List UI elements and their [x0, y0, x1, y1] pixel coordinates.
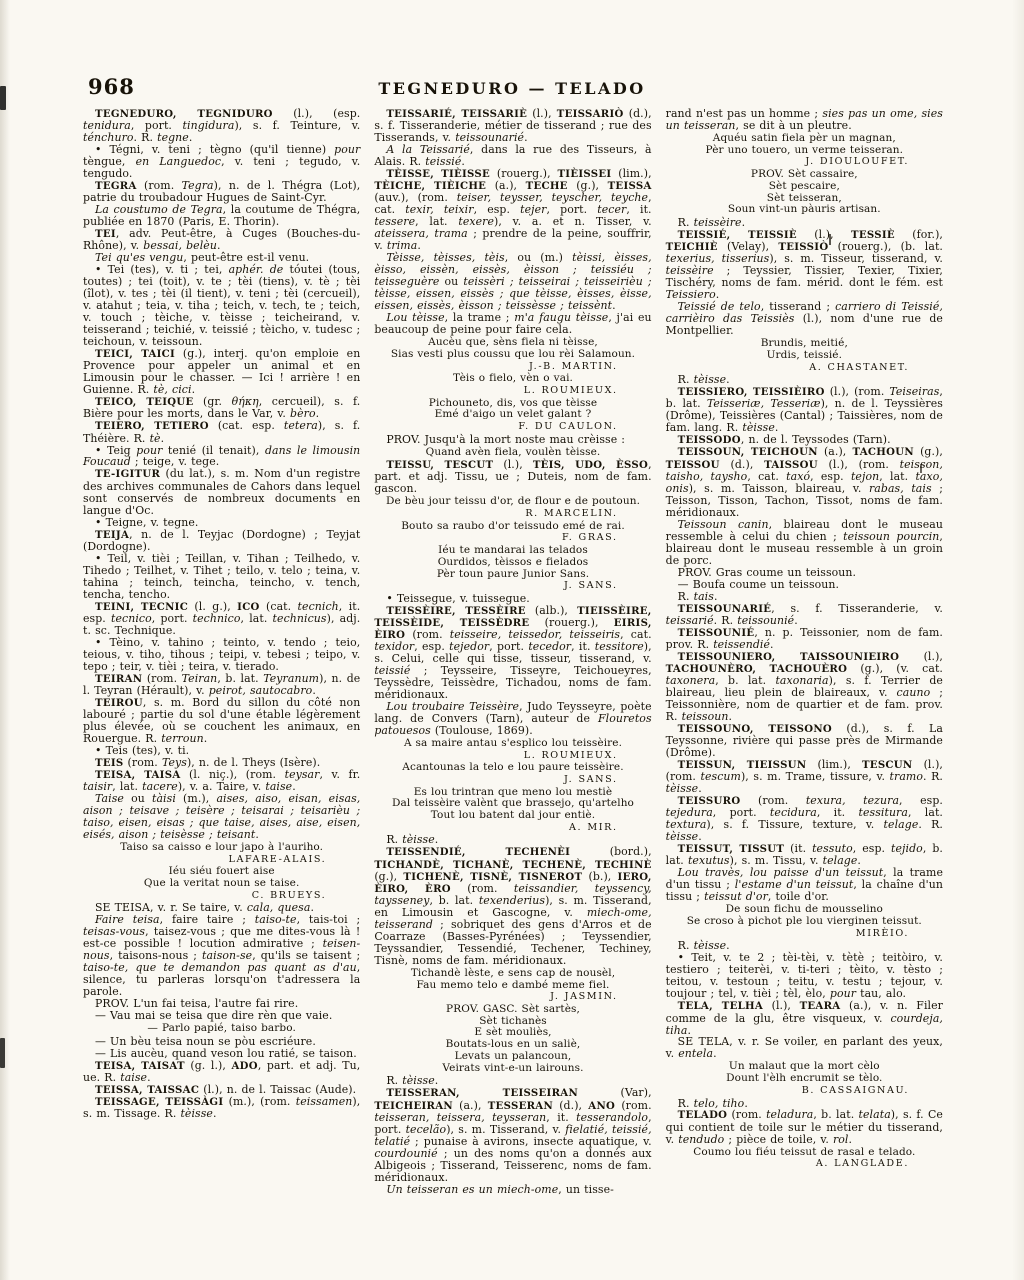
entry-paragraph: • Teigne, v. tegne. — [83, 517, 360, 529]
entry-paragraph: PROV. Jusqu'à la mort noste mau crèisse … — [374, 434, 651, 446]
verse-quote: Coumo lou fiéu teissut de rasal e telado… — [666, 1147, 943, 1159]
verse-quote: Tichandè lèste, e sens cap de nousèl,Fau… — [374, 968, 651, 992]
verse-quote: PROV. Sèt cassaire,Sèt pescaire,Sèt teis… — [666, 169, 943, 216]
entry-paragraph: Tèisse, tèisses, tèis, ou (m.) tèissi, è… — [374, 252, 651, 312]
attribution: F. GRAS. — [374, 533, 651, 544]
verse-line: De bèu jour teissu d'or, de flour e de p… — [374, 496, 651, 508]
verse-line: Tout lou batent dal jour entiè. — [374, 810, 651, 822]
column-3: rand n'est pas un homme ; sies pas un om… — [666, 108, 943, 1196]
entry-paragraph: TE-IGITUR (du lat.), s. m. Nom d'un regi… — [83, 468, 360, 516]
entry-paragraph: TEISA, TAISA (l. niç.), (rom. teysar, v.… — [83, 769, 360, 793]
verse-line: Veirats vint-e-un lairouns. — [374, 1063, 651, 1075]
entry-paragraph: TEINI, TECNIC (l. g.), ICO (cat. tecnich… — [83, 601, 360, 637]
entry-paragraph: TEGRA (rom. Tegra), n. de l. Thégra (Lot… — [83, 180, 360, 204]
entry-paragraph: A la Teissarié, dans la rue des Tisseurs… — [374, 144, 651, 168]
entry-paragraph: TEGNEDURO, TEGNIDURO (l.), (esp. tenidur… — [83, 108, 360, 144]
text-columns: TEGNEDURO, TEGNIDURO (l.), (esp. tenidur… — [83, 108, 943, 1196]
entry-paragraph: — Vau mai se teisa que dire rèn que vaie… — [83, 1010, 360, 1022]
entry-paragraph: Taise ou tàisi (m.), aises, aiso, eisan,… — [83, 793, 360, 841]
column-1: TEGNEDURO, TEGNIDURO (l.), (esp. tenidur… — [83, 108, 360, 1196]
verse-quote: Aquéu satin fiela pèr un magnan,Pèr uno … — [666, 133, 943, 157]
entry-paragraph: La coustumo de Tegra, la coutume de Thég… — [83, 204, 360, 228]
verse-quote: — Parlo papié, taiso barbo. — [83, 1023, 360, 1035]
verse-line: Urdis, teissié. — [666, 350, 943, 362]
verse-line: Ourdidos, tèissos e fielados — [374, 557, 651, 569]
verse-quote: Bouto sa raubo d'or teissudo emé de rai. — [374, 521, 651, 533]
verse-quote: Iéu te mandarai las teladosOurdidos, tèi… — [374, 545, 651, 580]
verse-quote: De soun fichu de mousselinoSe croso à pi… — [666, 904, 943, 928]
entry-paragraph: TEIROU, s. m. Bord du sillon du côté non… — [83, 697, 360, 745]
entry-paragraph: PROV. Gras coume un teissoun. — [666, 567, 943, 579]
column-2: TEISSARIÉ, TEISSARIÈ (l.), TEISSARIÒ (d.… — [374, 108, 651, 1196]
verse-line: Taiso sa caisso e lour japo à l'auriho. — [83, 842, 360, 854]
entry-paragraph: TEISSODO, n. de l. Teyssodes (Tarn). — [666, 434, 943, 446]
entry-paragraph: Un teisseran es un miech-ome, un tisse- — [374, 1184, 651, 1196]
entry-paragraph: Lou travès, lou paisse d'un teissut, la … — [666, 867, 943, 903]
entry-paragraph: TEISSARIÉ, TEISSARIÈ (l.), TEISSARIÒ (d.… — [374, 108, 651, 144]
entry-paragraph: • Tei (tes), v. ti ; tei, aphér. de tóut… — [83, 264, 360, 348]
verse-line: A sa maire antau s'esplico lou teissèire… — [374, 738, 651, 750]
attribution: L. ROUMIEUX. — [374, 386, 651, 397]
attribution: A. LANGLADE. — [666, 1159, 943, 1170]
verse-line: Tichandè lèste, e sens cap de nousèl, — [374, 968, 651, 980]
attribution: J. DIOULOUFET. — [666, 157, 943, 168]
entry-paragraph: TEISSIÉ, TEISSIÈ (l.), TESSIÈ (for.), TE… — [666, 229, 943, 301]
entry-paragraph: • Teig pour tenié (il tenait), dans le l… — [83, 445, 360, 469]
entry-paragraph: TEICI, TAICI (g.), interj. qu'on emploie… — [83, 348, 360, 396]
verse-line: Se croso à pichot ple lou vierginen teis… — [666, 916, 943, 928]
entry-paragraph: • Tégni, v. teni ; tègno (qu'il tienne) … — [83, 144, 360, 180]
verse-quote: A sa maire antau s'esplico lou teissèire… — [374, 738, 651, 750]
entry-paragraph: TEISSURO (rom. texura, tezura, esp. teje… — [666, 795, 943, 843]
attribution: C. BRUEYS. — [83, 891, 360, 902]
verse-line: PROV. GASC. Sèt sartès, — [374, 1004, 651, 1016]
verse-line: Fau memo telo e dambé meme fiel. — [374, 980, 651, 992]
entry-paragraph: TEISSOUNARIÉ, s. f. Tisseranderie, v. te… — [666, 603, 943, 627]
entry-paragraph: • Teit, v. te 2 ; tèi-tèi, v. tètè ; tei… — [666, 952, 943, 1000]
entry-paragraph: Teissoun canin, blaireau dont le museau … — [666, 519, 943, 567]
verse-line: PROV. Sèt cassaire, — [666, 169, 943, 181]
scan-artifact — [0, 1038, 5, 1068]
entry-paragraph: TELADO (rom. teladura, b. lat. telata), … — [666, 1109, 943, 1145]
entry-paragraph: SE TELA, v. r. Se voiler, en parlant des… — [666, 1036, 943, 1060]
verse-line: Pèr uno touero, un verme teisseran. — [666, 145, 943, 157]
entry-paragraph: • Teil, v. tièi ; Teillan, v. Tihan ; Te… — [83, 553, 360, 601]
entry-paragraph: TÈISSE, TIÈISSE (rouerg.), TIÈISSEI (lim… — [374, 168, 651, 252]
verse-quote: PROV. GASC. Sèt sartès,Sèt tichanèsE sèt… — [374, 1004, 651, 1075]
verse-quote: Taiso sa caisso e lour japo à l'auriho. — [83, 842, 360, 854]
entry-paragraph: TEIERO, TETIERO (cat. esp. tetera), s. f… — [83, 420, 360, 444]
verse-line: Pèr toun paure Junior Sans. — [374, 569, 651, 581]
entry-paragraph: • Tèino, v. tahino ; teinto, v. tendo ; … — [83, 637, 360, 673]
verse-quote: Acantounas la telo e lou paure teissèire… — [374, 762, 651, 774]
entry-paragraph: TEIJA, n. de l. Teyjac (Dordogne) ; Teyj… — [83, 529, 360, 553]
entry-paragraph: Lou tèisse, la trame ; m'a faugu tèisse,… — [374, 312, 651, 336]
verse-quote: Brundis, meitié,Urdis, teissié. — [666, 338, 943, 362]
attribution: L. ROUMIEUX. — [374, 751, 651, 762]
verse-line: Tèis o fielo, vèn o vai. — [374, 373, 651, 385]
verse-line: Aquéu satin fiela pèr un magnan, — [666, 133, 943, 145]
verse-line: — Parlo papié, taiso barbo. — [83, 1023, 360, 1035]
verse-quote: Quand avèn fiela, voulèn tèisse. — [374, 447, 651, 459]
entry-paragraph: rand n'est pas un homme ; sies pas un om… — [666, 108, 943, 132]
verse-quote: Es lou trintran que meno lou mestièDal t… — [374, 787, 651, 822]
verse-line: Que la veritat noun se taise. — [83, 878, 360, 890]
verse-quote: Iéu siéu fouert aiseQue la veritat noun … — [83, 866, 360, 890]
verse-line: Sèt pescaire, — [666, 181, 943, 193]
attribution: J.-B. MARTIN. — [374, 362, 651, 373]
entry-paragraph: TEICO, TEIQUE (gr. θήκη, cercueil), s. f… — [83, 396, 360, 420]
entry-paragraph: TEISSÈIRE, TESSÈIRE (alb.), TIEISSÈIRE, … — [374, 605, 651, 701]
attribution: F. DU CAULON. — [374, 422, 651, 433]
entry-paragraph: TEI, adv. Peut-être, à Cuges (Bouches-du… — [83, 228, 360, 252]
entry-paragraph: Faire teisa, faire taire ; taiso-te, tai… — [83, 914, 360, 998]
entry-paragraph: TEISSAGE, TEISSÀGI (m.), (rom. teissamen… — [83, 1096, 360, 1120]
attribution: J. JASMIN. — [374, 992, 651, 1003]
entry-paragraph: TEISSIERO, TEISSIÈIRO (l.), (rom. Teisei… — [666, 386, 943, 434]
attribution: LAFARE-ALAIS. — [83, 855, 360, 866]
verse-quote: Aucèu que, sèns fiela ni tèisse,Sias ves… — [374, 337, 651, 361]
verse-line: Sias vesti plus coussu que lou rèi Salam… — [374, 349, 651, 361]
entry-paragraph: TEISSOUN, TEICHOUN (a.), TACHOUN (g.), T… — [666, 446, 943, 518]
entry-paragraph: TELA, TELHA (l.), TEARA (a.), v. n. File… — [666, 1000, 943, 1036]
entry-paragraph: R. tais. — [666, 591, 943, 603]
entry-paragraph: TEIRAN (rom. Teiran, b. lat. Teyranum), … — [83, 673, 360, 697]
running-head: TEGNEDURO — TELADO — [0, 79, 1024, 98]
verse-line: Emé d'aigo un velet galant ? — [374, 409, 651, 421]
entry-paragraph: TEISSOUNO, TEISSONO (d.), s. f. La Teyss… — [666, 723, 943, 759]
entry-paragraph: TEISSERAN, TEISSEIRAN (Var), TEICHEIRAN … — [374, 1087, 651, 1183]
verse-line: Iéu te mandarai las telados — [374, 545, 651, 557]
entry-paragraph: • Teissegue, v. tuissegue. — [374, 593, 651, 605]
verse-line: Quand avèn fiela, voulèn tèisse. — [374, 447, 651, 459]
entry-paragraph: TEISSUN, TIEISSUN (lim.), TESCUN (l.), (… — [666, 759, 943, 795]
verse-quote: Pichouneto, dis, vos que tèisseEmé d'aig… — [374, 398, 651, 422]
entry-paragraph: TEISA, TAISAT (g. l.), ADO, part. et adj… — [83, 1060, 360, 1084]
verse-line: Acantounas la telo e lou paure teissèire… — [374, 762, 651, 774]
verse-quote: Un malaut que la mort cèloDount l'èlh en… — [666, 1061, 943, 1085]
attribution: MIRÈIO. — [666, 929, 943, 940]
scanned-dictionary-page: 968 TEGNEDURO — TELADO TEGNEDURO, TEGNID… — [0, 0, 1024, 1280]
entry-paragraph: Lou troubaire Teissèire, Judo Teysseyre,… — [374, 701, 651, 737]
entry-paragraph: Teissié de telo, tisserand ; carriero di… — [666, 301, 943, 337]
attribution: B. CASSAIGNAU. — [666, 1086, 943, 1097]
attribution: A. CHASTANET. — [666, 363, 943, 374]
attribution: J. SANS. — [374, 775, 651, 786]
verse-line: Coumo lou fiéu teissut de rasal e telado… — [666, 1147, 943, 1159]
attribution: R. MARCELIN. — [374, 509, 651, 520]
verse-quote: Tèis o fielo, vèn o vai. — [374, 373, 651, 385]
entry-paragraph: TEISSU, TESCUT (l.), TÈIS, UDO, ÈSSO, pa… — [374, 459, 651, 495]
verse-line: Levats un palancoun, — [374, 1051, 651, 1063]
verse-line: Dount l'èlh encrumit se tèlo. — [666, 1073, 943, 1085]
entry-paragraph: TEISSOUNIERO, TAISSOUNIEIRO (l.), TACHOU… — [666, 651, 943, 723]
verse-line: Soun vint-un pàuris artisan. — [666, 204, 943, 216]
entry-paragraph: TEISSENDIÉ, TECHENÈI (bord.), TICHANDÈ, … — [374, 846, 651, 966]
entry-paragraph: TEISSUT, TISSUT (it. tessuto, esp. tejid… — [666, 843, 943, 867]
verse-quote: De bèu jour teissu d'or, de flour e de p… — [374, 496, 651, 508]
verse-line: Bouto sa raubo d'or teissudo emé de rai. — [374, 521, 651, 533]
attribution: J. SANS. — [374, 581, 651, 592]
attribution: A. MIR. — [374, 823, 651, 834]
entry-paragraph: TEISSOUNIÉ, n. p. Teissonier, nom de fam… — [666, 627, 943, 651]
